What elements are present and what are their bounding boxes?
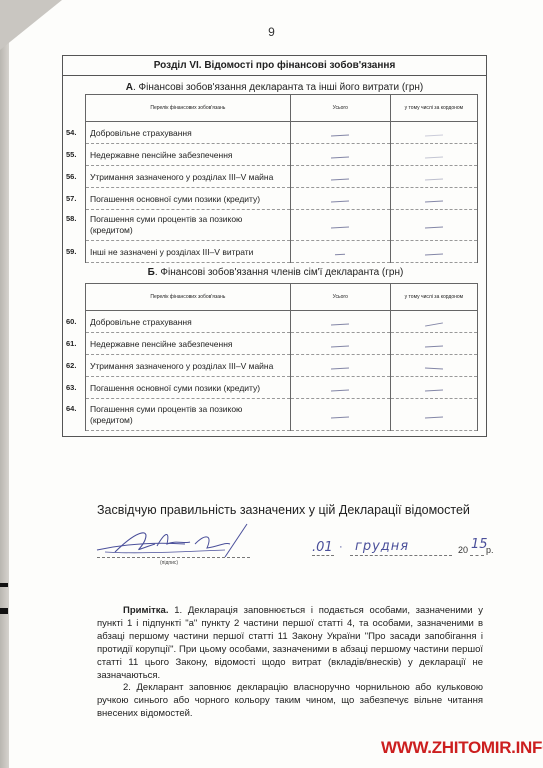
- row-label: Погашення основної суми позики (кредиту): [90, 383, 260, 393]
- handwritten-dash: [425, 134, 443, 136]
- row-number: 56.: [64, 172, 86, 181]
- column-header-abroad: у тому числі за кордоном: [390, 284, 477, 311]
- handwritten-dash: [425, 253, 443, 255]
- abroad-value[interactable]: [390, 355, 477, 377]
- handwritten-dash: [331, 416, 349, 418]
- total-value[interactable]: [290, 377, 390, 399]
- handwritten-dash: [331, 227, 349, 229]
- handwritten-dash: [425, 200, 443, 202]
- row-number: 58.: [64, 214, 86, 223]
- page-number: 9: [0, 25, 543, 39]
- column-header-total: Усього: [290, 95, 390, 122]
- total-value[interactable]: [290, 311, 390, 333]
- column-header-list: Перелік фінансових зобов'язань: [86, 284, 291, 311]
- note-label: Примітка.: [123, 605, 168, 616]
- handwritten-dash: [331, 156, 349, 158]
- date-separator: ·: [339, 541, 343, 553]
- total-value[interactable]: [290, 210, 390, 241]
- signature-icon: [95, 522, 255, 562]
- handwritten-dash: [331, 134, 349, 136]
- part-a-letter: А: [126, 82, 133, 93]
- row-number: 61.: [64, 339, 86, 348]
- handwritten-dash: [425, 322, 443, 326]
- part-b-title-text: . Фінансові зобов'язання членів сім'ї де…: [155, 267, 403, 278]
- year-unit: р.: [486, 545, 494, 555]
- row-label: Добровільне страхування: [90, 317, 192, 327]
- total-value[interactable]: [290, 122, 390, 144]
- handwritten-dash: [425, 156, 443, 158]
- note-1-text: 1. Декларація заповнюється і подається о…: [97, 605, 483, 681]
- row-label: Інші не зазначені у розділах III–V витра…: [90, 247, 253, 257]
- signature-line: [97, 557, 250, 558]
- handwritten-dash: [425, 416, 443, 418]
- total-value[interactable]: [290, 241, 390, 263]
- row-label: Недержавне пенсійне забезпечення: [90, 339, 233, 349]
- abroad-value[interactable]: [390, 377, 477, 399]
- total-value[interactable]: [290, 399, 390, 431]
- table-row: 54.Добровільне страхування: [86, 122, 478, 144]
- note-2: 2. Декларант заповнює декларацію власнор…: [97, 681, 483, 720]
- row-label: Погашення основної суми позики (кредиту): [90, 194, 260, 204]
- handwritten-dash: [425, 367, 443, 369]
- table-row: 63.Погашення основної суми позики (креди…: [86, 377, 478, 399]
- table-row: 61.Недержавне пенсійне забезпечення: [86, 333, 478, 355]
- abroad-value[interactable]: [390, 188, 477, 210]
- row-number: 60.: [64, 317, 86, 326]
- row-number: 63.: [64, 383, 86, 392]
- row-number: 55.: [64, 150, 86, 159]
- section-title: Розділ VI. Відомості про фінансові зобов…: [63, 56, 486, 76]
- date-month[interactable]: грудня: [355, 539, 409, 554]
- table-row: 57.Погашення основної суми позики (креди…: [86, 188, 478, 210]
- handwritten-dash: [331, 367, 349, 369]
- note-1: Примітка. 1. Декларація заповнюється і п…: [97, 604, 483, 682]
- row-number: 57.: [64, 194, 86, 203]
- date-month-line: [350, 555, 452, 556]
- row-label: Недержавне пенсійне забезпечення: [90, 150, 233, 160]
- total-value[interactable]: [290, 144, 390, 166]
- column-header-total: Усього: [290, 284, 390, 311]
- row-label: Утримання зазначеного у розділах III–V м…: [90, 361, 273, 371]
- abroad-value[interactable]: [390, 241, 477, 263]
- scan-edge-mark: [0, 608, 8, 614]
- table-row: 59.Інші не зазначені у розділах III–V ви…: [86, 241, 478, 263]
- handwritten-dash: [331, 178, 349, 180]
- row-number: 54.: [64, 128, 86, 137]
- handwritten-dash: [331, 389, 349, 391]
- row-number: 64.: [64, 404, 86, 413]
- abroad-value[interactable]: [390, 166, 477, 188]
- part-a-title: А. Фінансові зобов'язання декларанта та …: [63, 81, 486, 95]
- row-label: Добровільне страхування: [90, 128, 192, 138]
- certification-statement: Засвідчую правильність зазначених у цій …: [97, 503, 470, 517]
- abroad-value[interactable]: [390, 144, 477, 166]
- date-day-line: [312, 555, 334, 556]
- watermark: WWW.ZHITOMIR.INFO: [381, 738, 543, 758]
- total-value[interactable]: [290, 333, 390, 355]
- row-number: 59.: [64, 247, 86, 256]
- handwritten-dash: [425, 178, 443, 180]
- handwritten-dash: [331, 323, 349, 325]
- table-row: 60.Добровільне страхування: [86, 311, 478, 333]
- column-header-list: Перелік фінансових зобов'язань: [86, 95, 291, 122]
- date-day[interactable]: .01: [312, 540, 333, 555]
- handwritten-dash: [425, 345, 443, 347]
- note-2-text: 2. Декларант заповнює декларацію власнор…: [97, 682, 483, 719]
- total-value[interactable]: [290, 355, 390, 377]
- handwritten-dash: [425, 389, 443, 391]
- table-row: 64.Погашення суми процентів за позикою (…: [86, 399, 478, 431]
- abroad-value[interactable]: [390, 122, 477, 144]
- abroad-value[interactable]: [390, 333, 477, 355]
- part-b-letter: Б: [148, 267, 155, 278]
- part-b-table: Перелік фінансових зобов'язань Усього у …: [85, 283, 478, 431]
- table-row: 58.Погашення суми процентів за позикою (…: [86, 210, 478, 241]
- row-label: Погашення суми процентів за позикою (кре…: [90, 214, 270, 236]
- part-b-title: Б. Фінансові зобов'язання членів сім'ї д…: [63, 266, 488, 280]
- row-label: Погашення суми процентів за позикою (кре…: [90, 404, 270, 426]
- abroad-value[interactable]: [390, 210, 477, 241]
- row-number: 62.: [64, 361, 86, 370]
- part-a-table: Перелік фінансових зобов'язань Усього у …: [85, 94, 478, 263]
- handwritten-dash: [331, 345, 349, 347]
- year-line: [470, 555, 484, 556]
- handwritten-dash: [425, 227, 443, 229]
- table-row: 62.Утримання зазначеного у розділах III–…: [86, 355, 478, 377]
- row-label: Утримання зазначеного у розділах III–V м…: [90, 172, 273, 182]
- handwritten-dash: [331, 200, 349, 202]
- abroad-value[interactable]: [390, 311, 477, 333]
- table-row: 55.Недержавне пенсійне забезпечення: [86, 144, 478, 166]
- section-vi-box: Розділ VI. Відомості про фінансові зобов…: [62, 55, 487, 437]
- part-a-title-text: . Фінансові зобов'язання декларанта та і…: [133, 82, 423, 93]
- table-row: 56.Утримання зазначеного у розділах III–…: [86, 166, 478, 188]
- total-value[interactable]: [290, 188, 390, 210]
- year-prefix: 20: [458, 545, 468, 555]
- handwritten-dash: [335, 253, 345, 255]
- total-value[interactable]: [290, 166, 390, 188]
- signature-label: (підпис): [160, 560, 178, 566]
- column-header-abroad: у тому числі за кордоном: [390, 95, 477, 122]
- abroad-value[interactable]: [390, 399, 477, 431]
- scan-edge-mark: [0, 583, 8, 587]
- scan-left-edge-shadow: [0, 0, 9, 768]
